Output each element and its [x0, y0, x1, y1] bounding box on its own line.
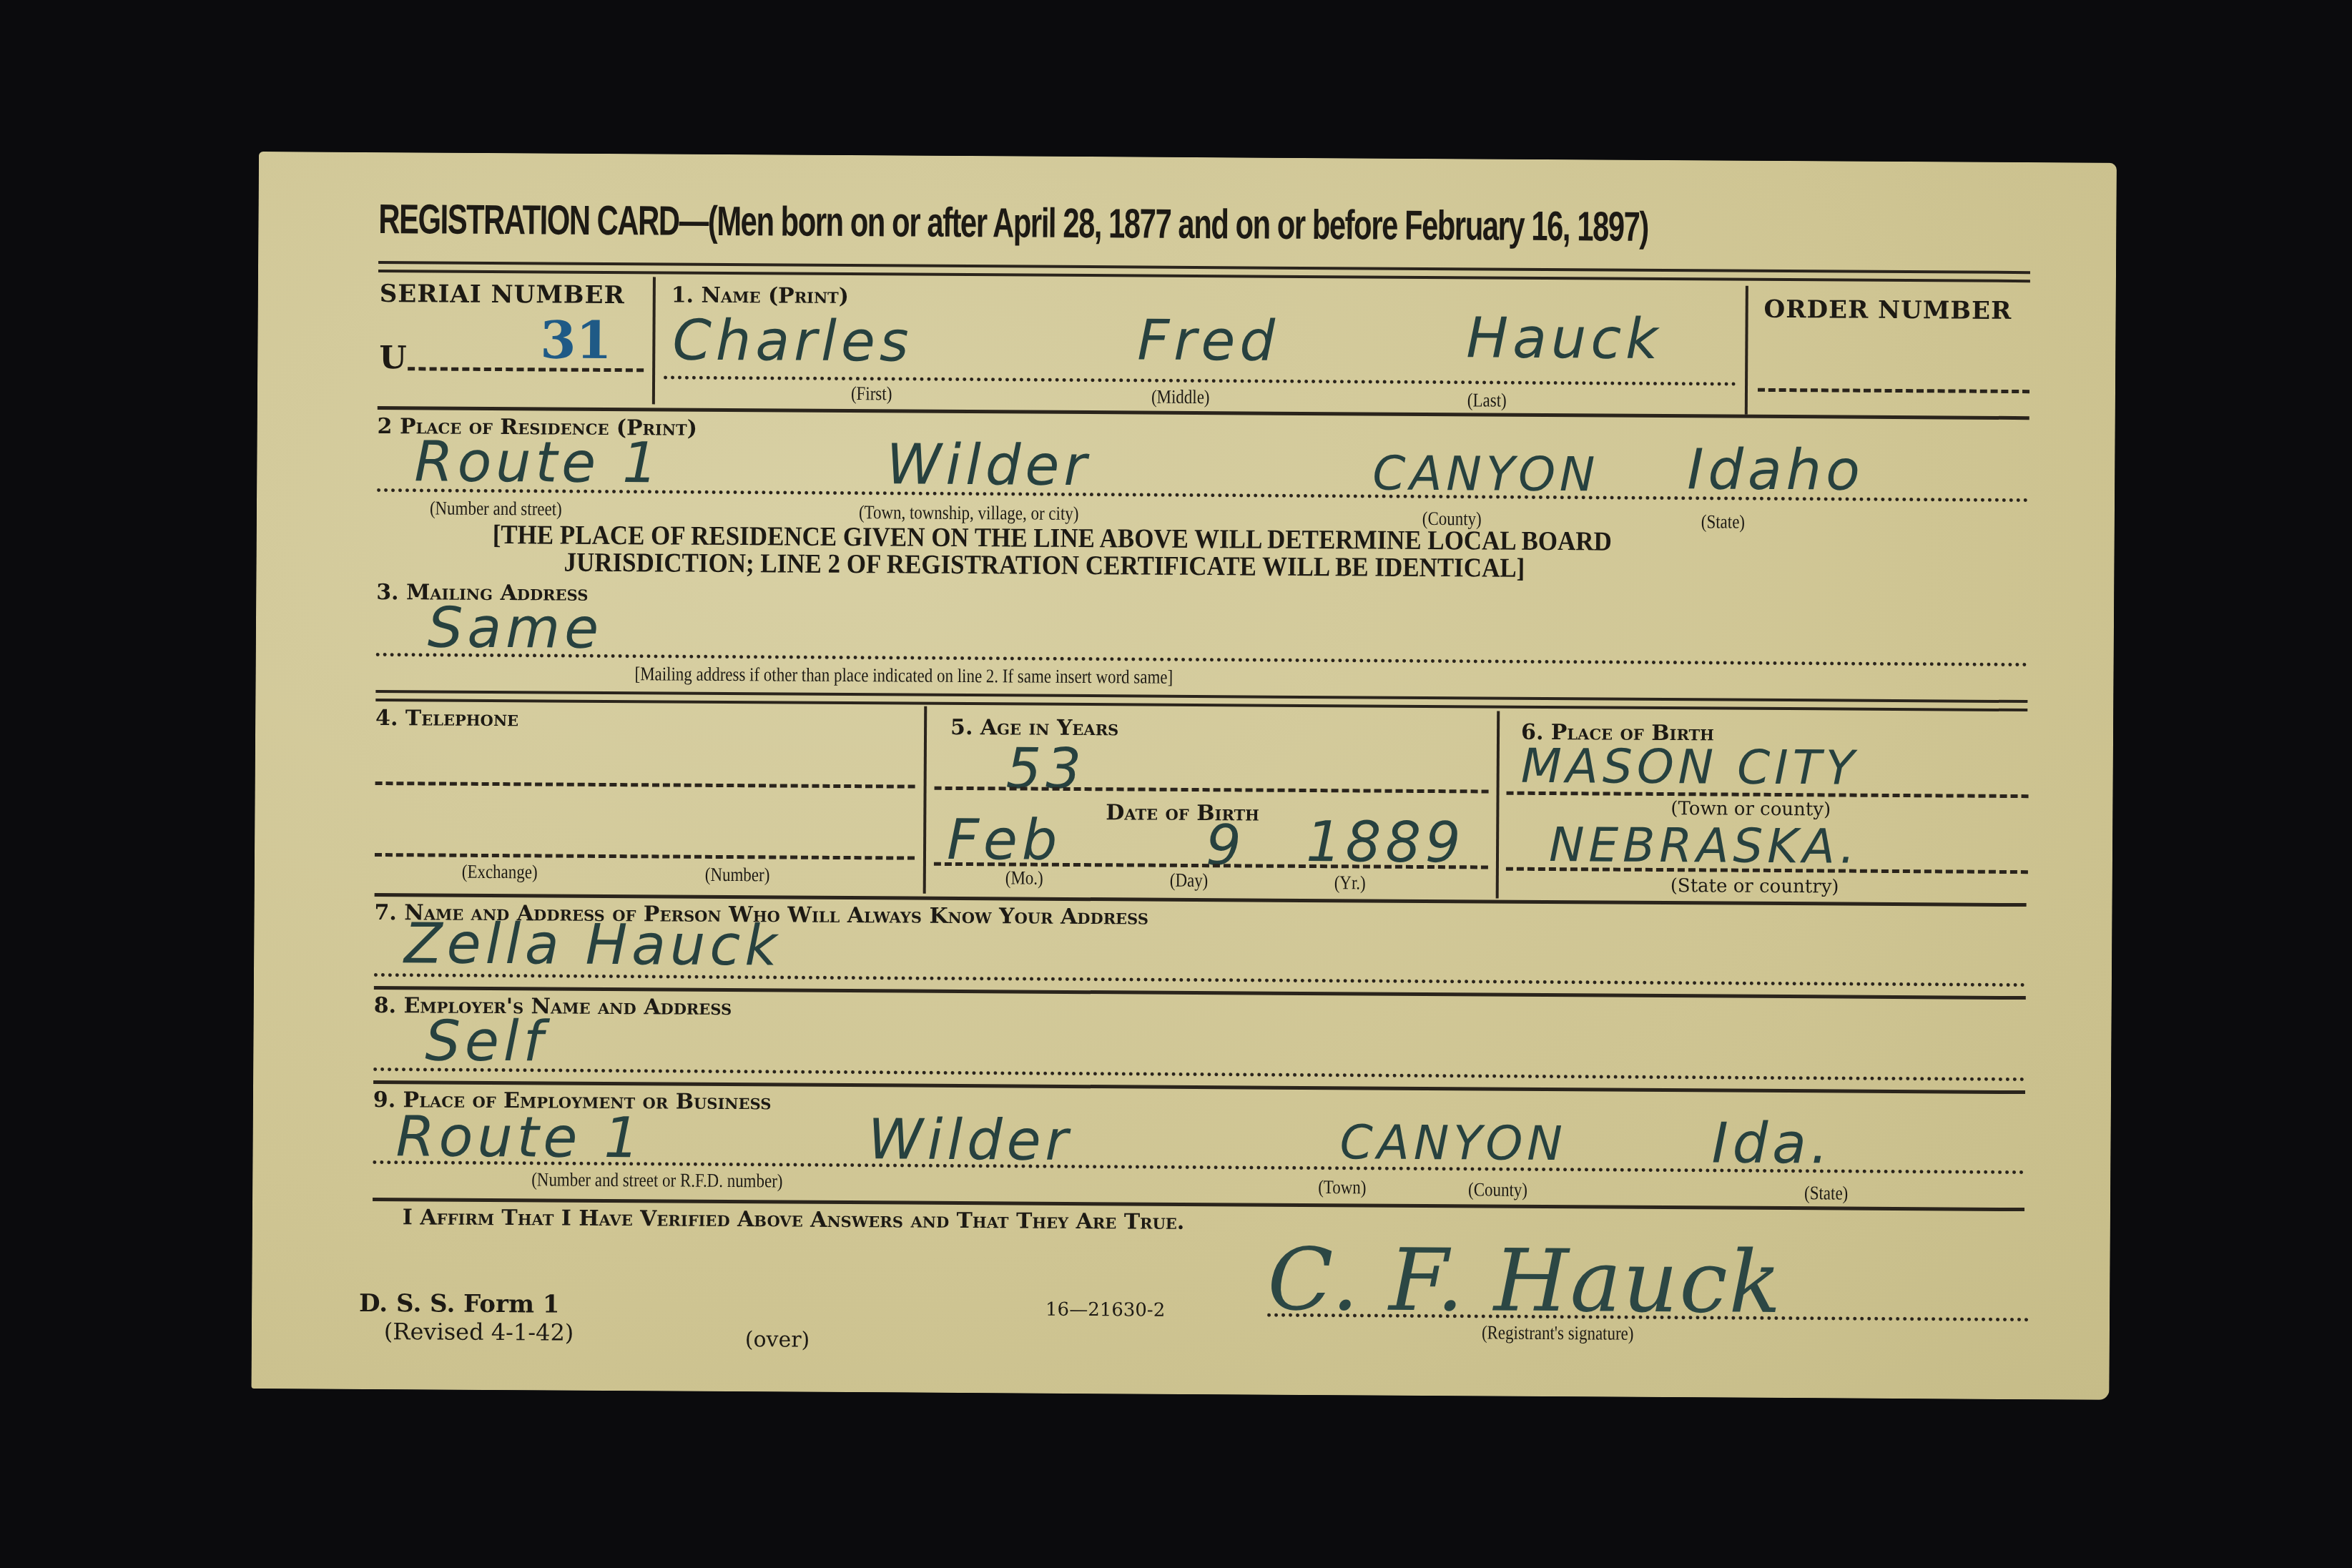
birthplace-town: Mason City [1521, 739, 1859, 796]
birthplace-town-line [1507, 792, 2029, 798]
birthplace-caption-state: (State or country) [1670, 875, 1839, 897]
registration-card: REGISTRATION CARD—(Men born on or after … [251, 152, 2117, 1400]
signature-caption: (Registrant's signature) [1482, 1321, 1634, 1344]
employment-state: Ida. [1711, 1111, 1833, 1176]
contact-line [374, 973, 2026, 987]
name-last: Hauck [1466, 306, 1662, 372]
residence-caption-state: (State) [1701, 511, 1745, 533]
employment-county: Canyon [1339, 1115, 1567, 1171]
name-caption-middle: (Middle) [1151, 386, 1210, 408]
serial-number-label: SERIAI NUMBER [380, 280, 625, 310]
telephone-line-2 [375, 853, 915, 860]
serial-divider [652, 277, 656, 404]
telephone-divider [923, 706, 927, 894]
employment-caption-state: (State) [1804, 1182, 1848, 1204]
mailing-line [376, 653, 2028, 666]
telephone-line-1 [375, 781, 915, 789]
contact-value: Zella Hauck [404, 912, 782, 978]
name-line [664, 375, 1736, 385]
serial-prefix: U [379, 340, 407, 376]
employment-caption-county: (County) [1468, 1178, 1527, 1201]
dob-caption-year: (Yr.) [1334, 872, 1366, 894]
telephone-label: 4. Telephone [375, 706, 518, 731]
order-number-label: ORDER NUMBER [1764, 295, 2012, 325]
employment-caption-town: (Town) [1318, 1176, 1366, 1198]
telephone-caption-exchange: (Exchange) [462, 861, 538, 884]
over-note: (over) [745, 1327, 810, 1353]
dob-caption-month: (Mo.) [1005, 867, 1043, 889]
print-code: 16—21630-2 [1045, 1299, 1165, 1321]
card-title: REGISTRATION CARD—(Men born on or after … [378, 195, 1648, 251]
name-label: 1. Name (Print) [671, 283, 849, 310]
affirmation-text: I Affirm That I Have Verified Above Answ… [403, 1205, 1185, 1235]
order-divider [1745, 286, 1748, 415]
birthplace-state: Nebraska. [1549, 817, 1859, 874]
employment-caption-street: (Number and street or R.F.D. number) [531, 1168, 782, 1192]
mailing-value: Same [428, 596, 604, 661]
residence-town: Wilder [886, 433, 1091, 498]
employer-value: Self [425, 1009, 547, 1074]
residence-caption-street: (Number and street) [430, 497, 562, 520]
name-middle: Fred [1137, 309, 1279, 374]
residence-state: Idaho [1687, 438, 1864, 503]
birthplace-caption-town: (Town or county) [1670, 798, 1831, 820]
telephone-caption-number: (Number) [705, 864, 770, 887]
form-number: D. S. S. Form 1 [359, 1289, 560, 1319]
dob-caption-day: (Day) [1170, 869, 1209, 892]
form-revised: (Revised 4-1-42) [384, 1318, 574, 1346]
age-value: 53 [1005, 736, 1086, 802]
employer-line [373, 1067, 2025, 1081]
order-number-line [1758, 388, 2029, 393]
residence-county: Canyon [1372, 446, 1600, 503]
dob-day: 9 [1206, 814, 1246, 878]
mailing-caption: [Mailing address if other than place ind… [634, 663, 1173, 689]
residence-notice-line2: JURISDICTION; LINE 2 OF REGISTRATION CER… [564, 547, 1525, 584]
dob-divider [1496, 711, 1500, 899]
name-caption-first: (First) [851, 383, 892, 405]
name-caption-last: (Last) [1467, 389, 1507, 411]
name-first: Charles [672, 309, 913, 375]
serial-value: 31 [540, 309, 612, 370]
residence-street: Route 1 [414, 430, 662, 495]
